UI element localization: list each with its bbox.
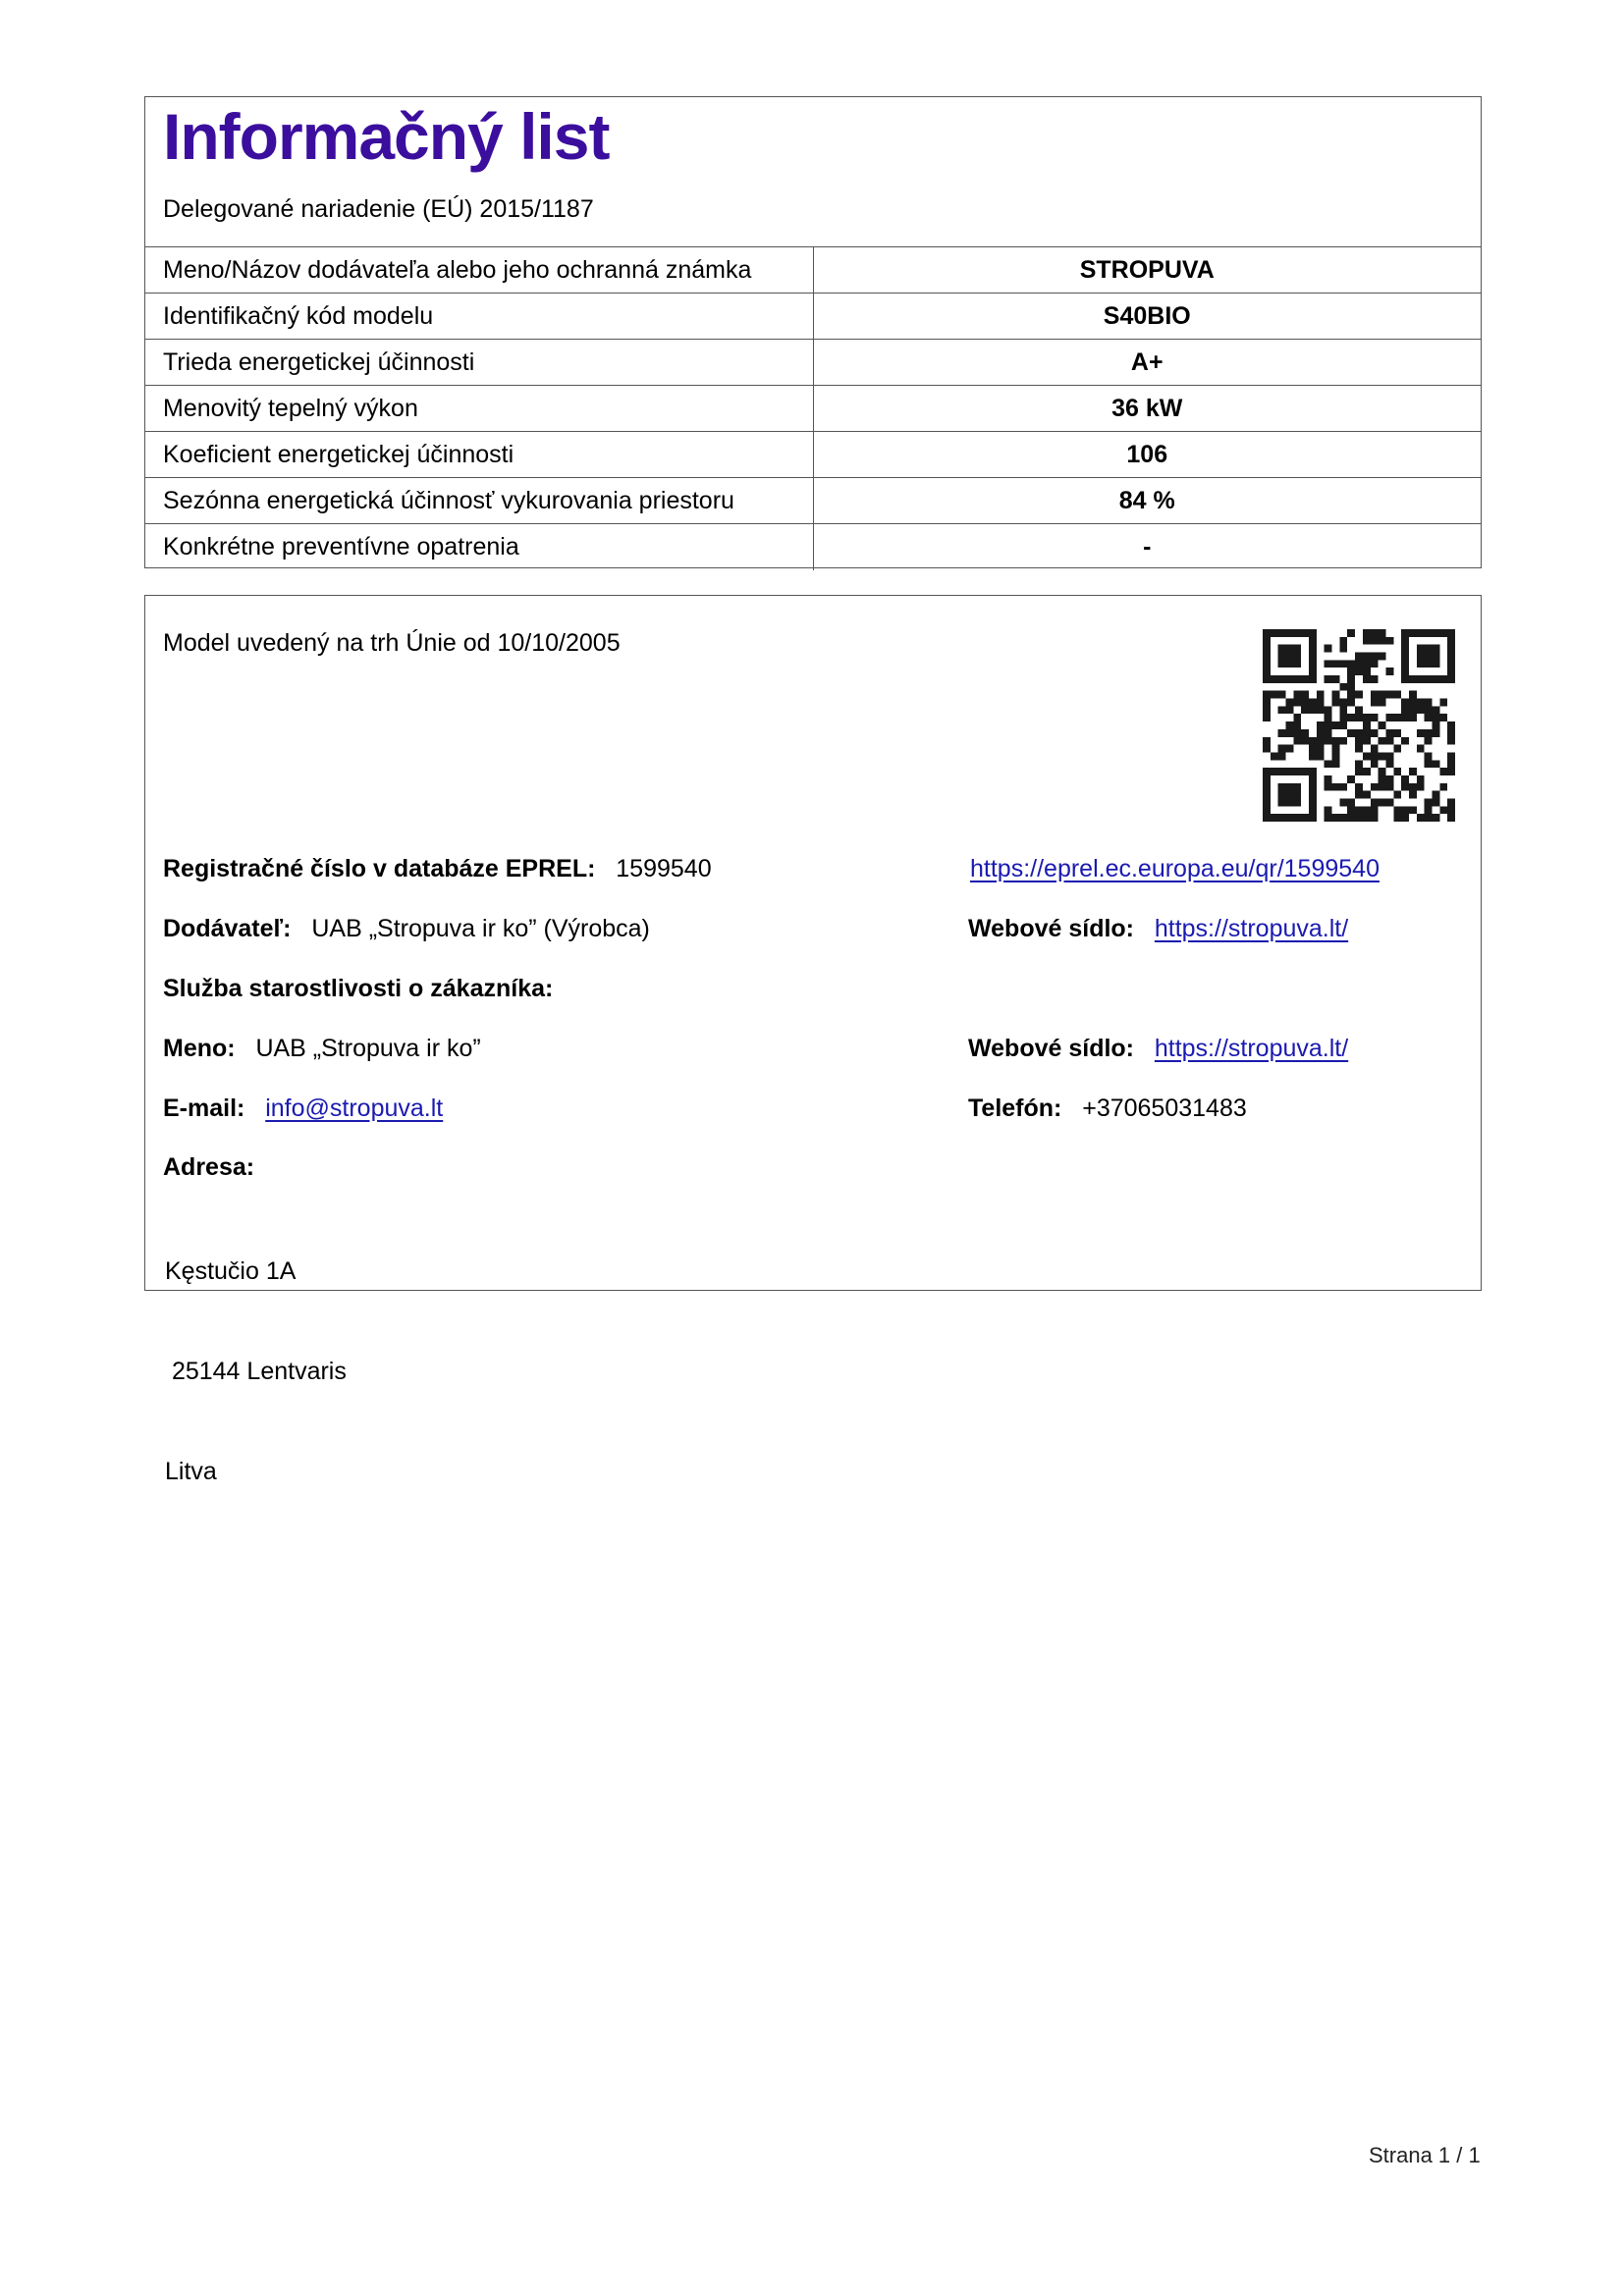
supplier-details-box: Model uvedený na trh Únie od 10/10/2005 … — [144, 595, 1482, 1291]
spec-value: 106 — [813, 432, 1481, 478]
eprel-number: 1599540 — [616, 855, 711, 882]
supplier-label: Dodávateľ: — [163, 915, 292, 942]
supplier-row: Dodávateľ: UAB „Stropuva ir ko” (Výrobca… — [163, 915, 650, 943]
regulation-subtitle: Delegované nariadenie (EÚ) 2015/1187 — [163, 195, 594, 224]
address-line: 25144 Lentvaris — [165, 1355, 347, 1388]
spec-table: Meno/Názov dodávateľa alebo jeho ochrann… — [145, 246, 1481, 570]
website-label: Webové sídlo: — [968, 915, 1134, 942]
address-block: Kęstučio 1A 25144 Lentvaris Litva — [165, 1188, 347, 1555]
spec-value: S40BIO — [813, 294, 1481, 340]
spec-value: A+ — [813, 340, 1481, 386]
spec-value: - — [813, 524, 1481, 570]
spec-label: Menovitý tepelný výkon — [145, 386, 813, 432]
spec-label: Konkrétne preventívne opatrenia — [145, 524, 813, 570]
market-date: Model uvedený na trh Únie od 10/10/2005 — [163, 629, 621, 658]
table-row: Identifikačný kód modeluS40BIO — [145, 294, 1481, 340]
name-value: UAB „Stropuva ir ko” — [255, 1035, 480, 1062]
address-line: Litva — [165, 1455, 347, 1488]
email-link[interactable]: info@stropuva.lt — [265, 1095, 443, 1122]
email-label: E-mail: — [163, 1095, 244, 1122]
website2-link[interactable]: https://stropuva.lt/ — [1155, 1035, 1348, 1062]
email-row: E-mail: info@stropuva.lt — [163, 1095, 443, 1123]
spec-value: 36 kW — [813, 386, 1481, 432]
phone-label: Telefón: — [968, 1095, 1061, 1122]
website-row: Webové sídlo: https://stropuva.lt/ — [968, 915, 1348, 943]
spec-label: Sezónna energetická účinnosť vykurovania… — [145, 478, 813, 524]
spec-label: Meno/Názov dodávateľa alebo jeho ochrann… — [145, 247, 813, 294]
website2-row: Webové sídlo: https://stropuva.lt/ — [968, 1035, 1348, 1063]
table-row: Konkrétne preventívne opatrenia- — [145, 524, 1481, 570]
phone-value: +37065031483 — [1082, 1095, 1247, 1122]
spec-label: Trieda energetickej účinnosti — [145, 340, 813, 386]
eprel-label: Registračné číslo v databáze EPREL: — [163, 855, 595, 882]
phone-row: Telefón: +37065031483 — [968, 1095, 1247, 1123]
table-row: Koeficient energetickej účinnosti106 — [145, 432, 1481, 478]
qr-code-icon[interactable] — [1263, 629, 1455, 822]
info-sheet-header-box: Informačný list Delegované nariadenie (E… — [144, 96, 1482, 568]
name-row: Meno: UAB „Stropuva ir ko” — [163, 1035, 481, 1063]
table-row: Trieda energetickej účinnostiA+ — [145, 340, 1481, 386]
page-number: Strana 1 / 1 — [1369, 2143, 1481, 2168]
table-row: Meno/Názov dodávateľa alebo jeho ochrann… — [145, 247, 1481, 294]
eprel-link[interactable]: https://eprel.ec.europa.eu/qr/1599540 — [970, 855, 1380, 883]
supplier-value: UAB „Stropuva ir ko” (Výrobca) — [311, 915, 650, 942]
spec-value: STROPUVA — [813, 247, 1481, 294]
spec-label: Identifikačný kód modelu — [145, 294, 813, 340]
spec-value: 84 % — [813, 478, 1481, 524]
page-title: Informačný list — [163, 99, 609, 174]
address-label: Adresa: — [163, 1153, 254, 1182]
website-link[interactable]: https://stropuva.lt/ — [1155, 915, 1348, 942]
eprel-row: Registračné číslo v databáze EPREL: 1599… — [163, 855, 712, 883]
table-row: Menovitý tepelný výkon36 kW — [145, 386, 1481, 432]
address-line: Kęstučio 1A — [165, 1255, 347, 1288]
spec-label: Koeficient energetickej účinnosti — [145, 432, 813, 478]
customer-service-heading: Služba starostlivosti o zákazníka: — [163, 975, 553, 1003]
website2-label: Webové sídlo: — [968, 1035, 1134, 1062]
table-row: Sezónna energetická účinnosť vykurovania… — [145, 478, 1481, 524]
name-label: Meno: — [163, 1035, 236, 1062]
